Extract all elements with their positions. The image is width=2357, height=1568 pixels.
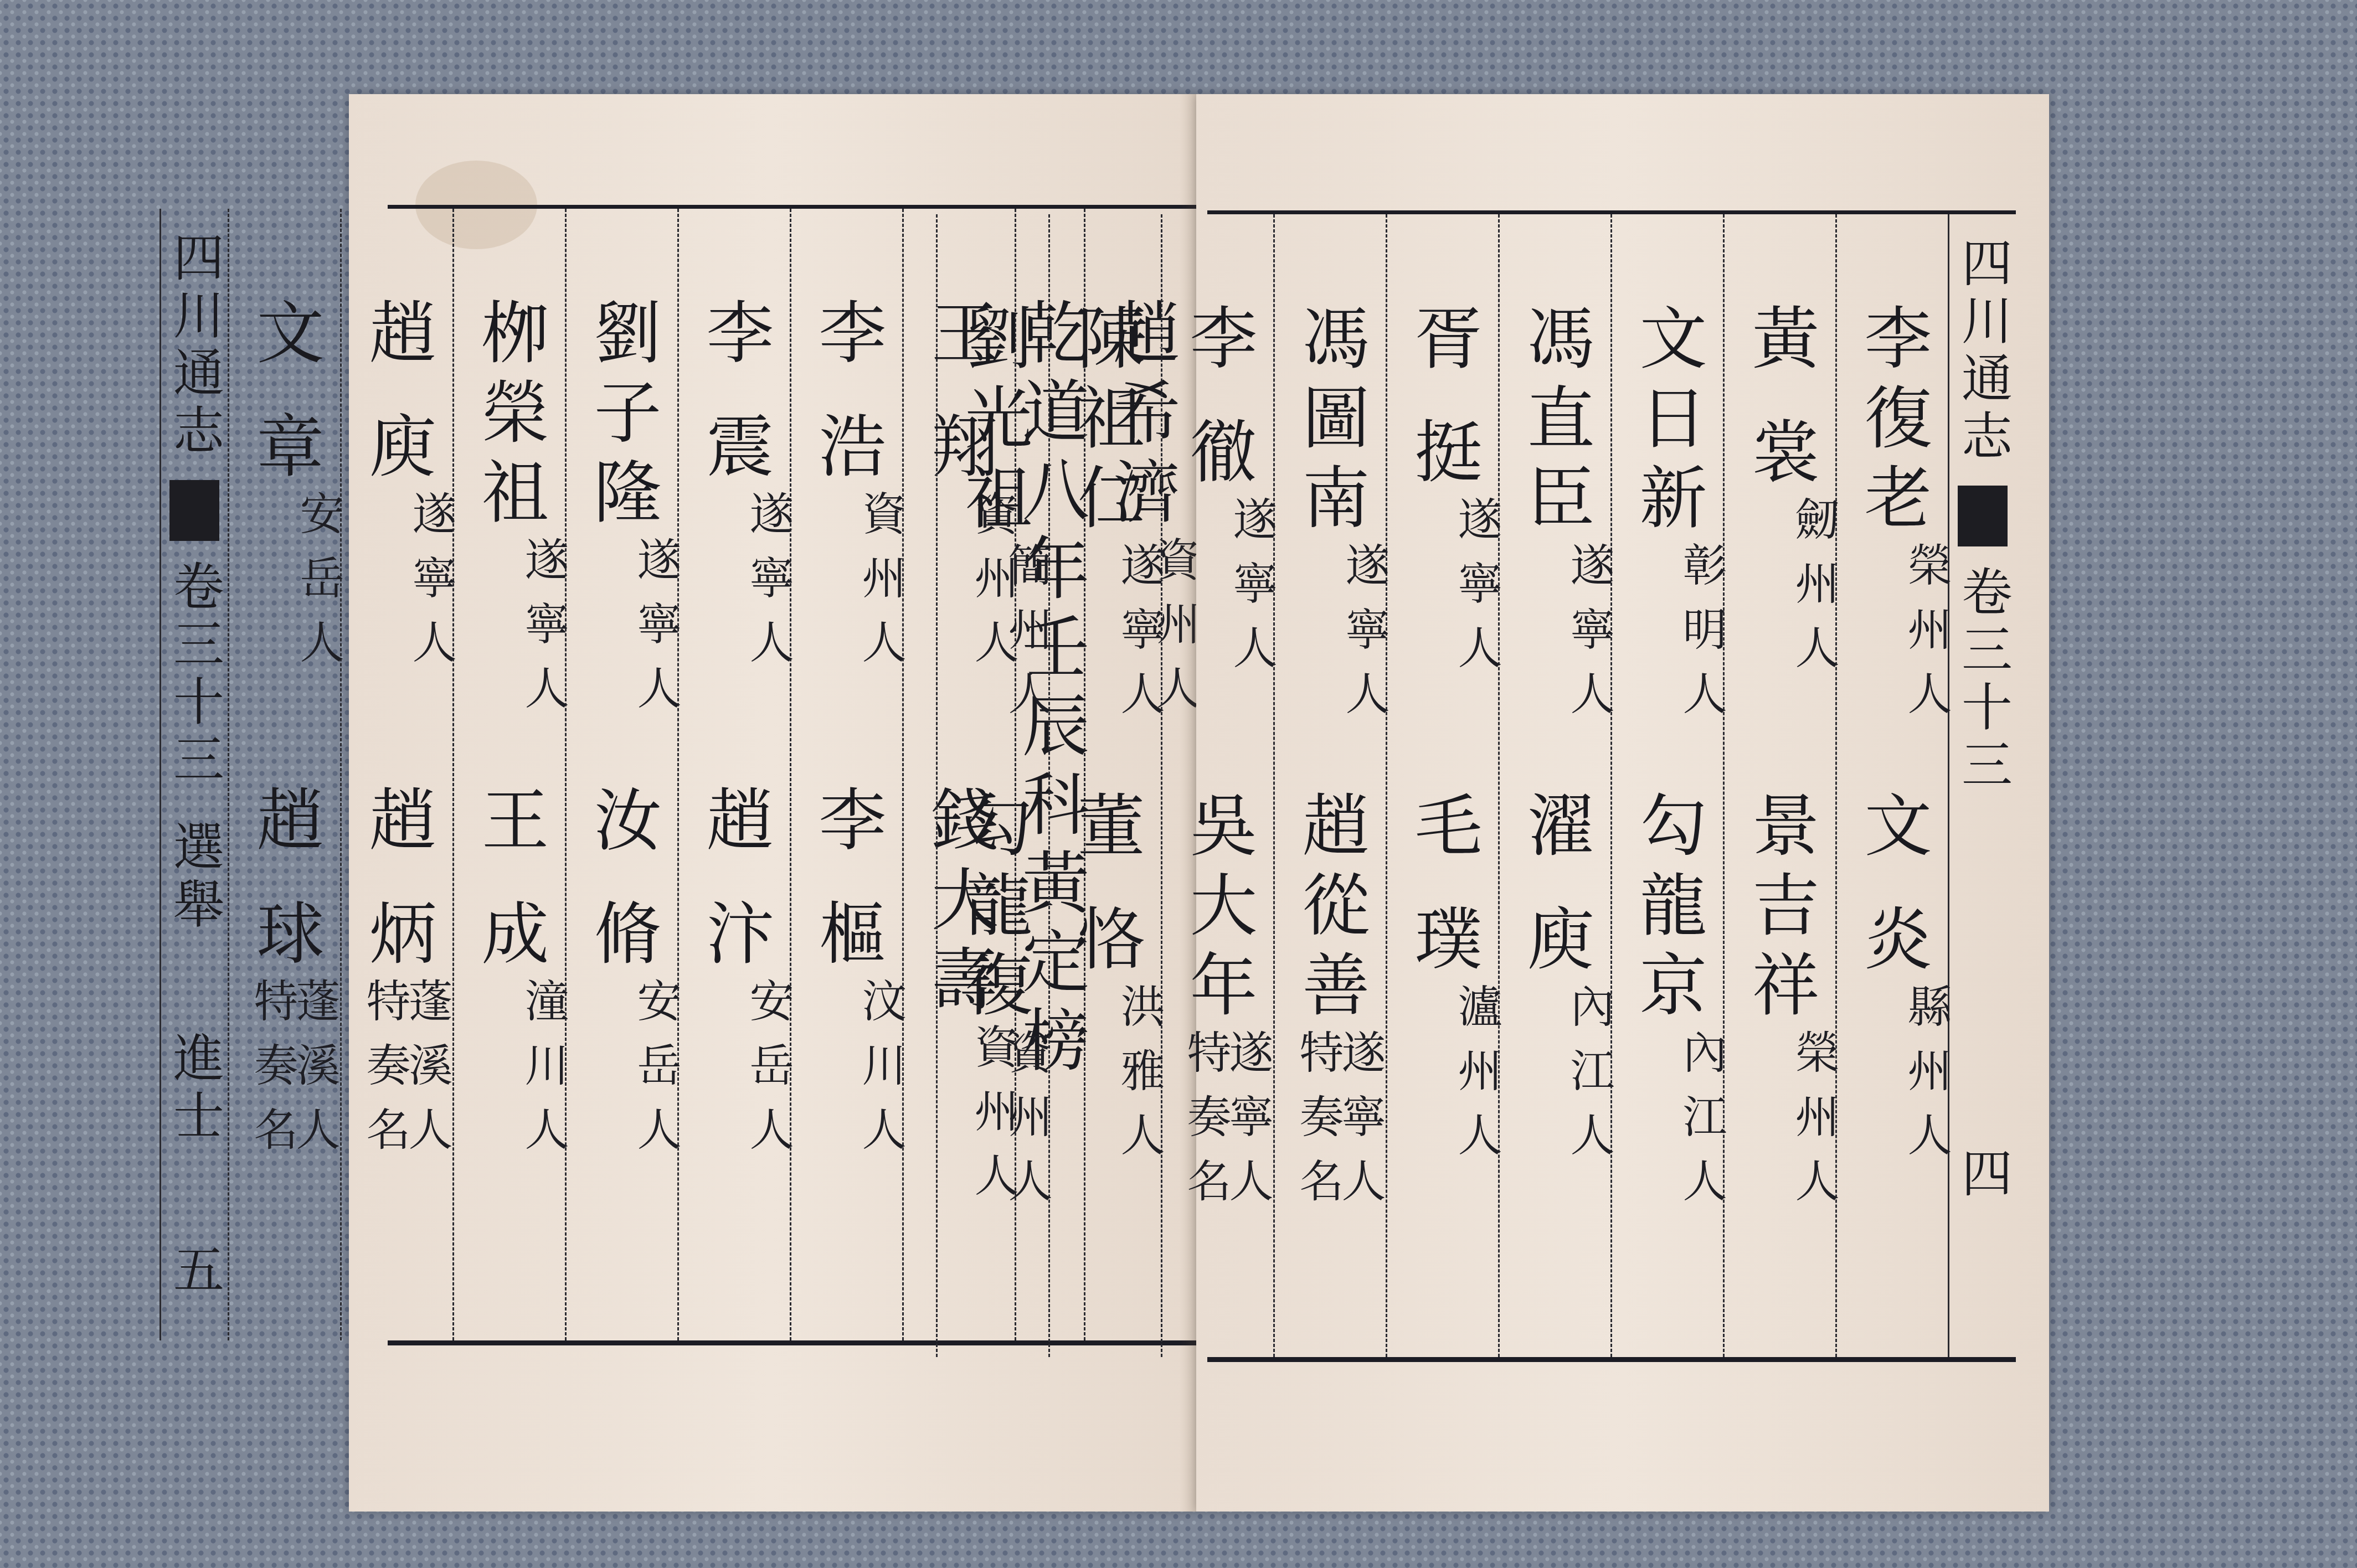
person-origin: 彰明人 bbox=[1679, 542, 1723, 735]
person-origin: 資州人 bbox=[1004, 1029, 1048, 1222]
column: 李 徹 遂寧人 吳大年 遂寧人 特奏名 bbox=[1161, 214, 1273, 1357]
person-name: 濯 庾 bbox=[1521, 790, 1589, 983]
open-book: 趙希濟 資州人 乾道八年壬辰科黃定榜 王 翔 資州人 錢大 bbox=[349, 94, 2049, 1512]
page-number: 五 bbox=[169, 1243, 220, 1301]
person-origin: 遂寧人 bbox=[1341, 542, 1386, 735]
entry: 毛 璞 瀘州人 bbox=[1387, 790, 1498, 1176]
person-origin: 蓬溪人 bbox=[292, 978, 336, 1170]
person-origin: 劒州人 bbox=[1791, 496, 1835, 689]
person-name: 文 炎 bbox=[1859, 790, 1926, 983]
entry: 文 炎 縣州人 bbox=[1837, 790, 1948, 1176]
entry: 趙從善 遂寧人 特奏名 bbox=[1275, 790, 1386, 1222]
column: 文 章 安岳人 趙 球 蓬溪人 特奏名 bbox=[228, 209, 340, 1340]
entry: 濯 庾 內江人 bbox=[1500, 790, 1610, 1176]
section-label: 選舉 bbox=[169, 820, 220, 935]
person-origin: 縣州人 bbox=[1903, 983, 1948, 1176]
person-name: 趙 炳 bbox=[363, 785, 431, 978]
person-origin: 遂寧人 bbox=[1566, 542, 1610, 735]
person-origin: 遂寧人 bbox=[1454, 496, 1498, 689]
person-origin: 遂寧人 bbox=[1229, 496, 1273, 689]
person-name: 文 章 bbox=[251, 297, 318, 491]
person-name: 汝 脩 bbox=[588, 785, 656, 978]
page-margin-column: 四川通志 卷三十三 四 bbox=[1948, 214, 2016, 1357]
person-origin: 安岳人 bbox=[633, 978, 677, 1170]
entry: 王 成 潼川人 bbox=[454, 785, 565, 1170]
column: 文日新 彰明人 勾龍京 內江人 bbox=[1610, 214, 1723, 1357]
book-title: 四川通志 bbox=[169, 231, 220, 461]
person-name: 馮直臣 bbox=[1521, 303, 1589, 542]
person-origin: 潼川人 bbox=[521, 978, 565, 1170]
person-origin: 安岳人 bbox=[296, 491, 340, 683]
person-origin: 榮州人 bbox=[1903, 542, 1948, 735]
column: 趙 庾 遂寧人 趙 炳 蓬溪人 特奏名 bbox=[340, 209, 452, 1340]
person-name: 趙 球 bbox=[251, 785, 318, 978]
right-page-columns: 四川通志 卷三十三 四 李復老 榮州人 文 炎 縣州人 bbox=[1207, 214, 2016, 1357]
person-name: 陳祖仁 bbox=[1072, 303, 1139, 542]
entry: 董 恪 洪雅人 bbox=[1050, 790, 1161, 1176]
person-name: 黃 裳 bbox=[1746, 303, 1814, 496]
column: 黃 裳 劒州人 景吉祥 榮州人 bbox=[1723, 214, 1835, 1357]
person-origin: 榮州人 bbox=[1791, 1029, 1835, 1222]
person-origin: 洪雅人 bbox=[1116, 983, 1161, 1176]
entry: 李 樞 汶川人 bbox=[791, 785, 902, 1170]
person-name: 李 浩 bbox=[813, 297, 881, 491]
person-name: 王 成 bbox=[476, 785, 543, 978]
person-origin: 內江人 bbox=[1566, 983, 1610, 1176]
person-name: 趙 汴 bbox=[701, 785, 768, 978]
page-number: 四 bbox=[1957, 1147, 2008, 1204]
person-name: 趙 庾 bbox=[363, 297, 431, 491]
column: 劉子隆 遂寧人 汝 脩 安岳人 bbox=[565, 209, 677, 1340]
page-margin-column: 四川通志 卷三十三 選舉 進士 五 bbox=[159, 209, 228, 1340]
subsection-label: 進士 bbox=[169, 1031, 220, 1147]
right-page: 四川通志 卷三十三 四 李復老 榮州人 文 炎 縣州人 bbox=[1196, 94, 2049, 1512]
book-title: 四川通志 bbox=[1957, 236, 2008, 467]
special-note: 特奏名 bbox=[1183, 1029, 1227, 1222]
column: 陳祖仁 遂寧人 董 恪 洪雅人 bbox=[1048, 214, 1161, 1357]
entry: 勾龍京 內江人 bbox=[1612, 790, 1723, 1222]
fishtail-mark-icon bbox=[169, 480, 219, 541]
person-name: 文日新 bbox=[1634, 303, 1701, 542]
person-name: 李 樞 bbox=[813, 785, 881, 978]
person-origin: 遂寧人 bbox=[1225, 1029, 1269, 1222]
entry: 勾龍復 資州人 bbox=[938, 790, 1048, 1222]
entry: 趙 汴 安岳人 bbox=[679, 785, 790, 1170]
special-note: 特奏名 bbox=[362, 978, 406, 1170]
person-name: 吳大年 bbox=[1184, 790, 1252, 1029]
person-name: 趙從善 bbox=[1296, 790, 1364, 1029]
column: 李 浩 資州人 李 樞 汶川人 bbox=[790, 209, 902, 1340]
person-name: 劉子隆 bbox=[588, 297, 656, 537]
person-origin: 安岳人 bbox=[745, 978, 790, 1170]
person-name: 劉光祖 bbox=[959, 303, 1027, 542]
person-origin: 簡州人 bbox=[1004, 542, 1048, 735]
person-name: 勾龍京 bbox=[1634, 790, 1701, 1029]
person-origin: 遂寧人 bbox=[408, 491, 452, 683]
entry: 趙 球 蓬溪人 特奏名 bbox=[229, 785, 340, 1170]
person-name: 董 恪 bbox=[1072, 790, 1139, 983]
person-name: 馮圖南 bbox=[1296, 303, 1364, 542]
person-name: 栁榮祖 bbox=[476, 297, 543, 537]
person-origin: 遂寧人 bbox=[633, 537, 677, 729]
person-name: 李 徹 bbox=[1184, 303, 1252, 496]
person-origin: 遂寧人 bbox=[521, 537, 565, 729]
column: 李復老 榮州人 文 炎 縣州人 bbox=[1835, 214, 1948, 1357]
entry: 趙 炳 蓬溪人 特奏名 bbox=[342, 785, 452, 1170]
person-origin: 內江人 bbox=[1679, 1029, 1723, 1222]
person-origin: 蓬溪人 bbox=[404, 978, 449, 1170]
right-page-frame: 四川通志 卷三十三 四 李復老 榮州人 文 炎 縣州人 bbox=[1207, 210, 2016, 1362]
column: 馮直臣 遂寧人 濯 庾 內江人 bbox=[1498, 214, 1610, 1357]
column: 栁榮祖 遂寧人 王 成 潼川人 bbox=[452, 209, 565, 1340]
entry: 吳大年 遂寧人 特奏名 bbox=[1162, 790, 1273, 1222]
person-name: 胥 挺 bbox=[1409, 303, 1476, 496]
entry: 景吉祥 榮州人 bbox=[1725, 790, 1835, 1222]
column: 胥 挺 遂寧人 毛 璞 瀘州人 bbox=[1386, 214, 1498, 1357]
volume-label: 卷三十三 bbox=[169, 560, 220, 790]
person-name: 李復老 bbox=[1859, 303, 1926, 542]
person-origin: 遂寧人 bbox=[1337, 1029, 1382, 1222]
person-origin: 遂寧人 bbox=[745, 491, 790, 683]
entry: 汝 脩 安岳人 bbox=[567, 785, 677, 1170]
person-origin: 汶川人 bbox=[858, 978, 902, 1170]
person-name: 勾龍復 bbox=[959, 790, 1027, 1029]
special-note: 特奏名 bbox=[250, 978, 294, 1170]
person-name: 毛 璞 bbox=[1409, 790, 1476, 983]
person-name: 景吉祥 bbox=[1746, 790, 1814, 1029]
person-origin: 遂寧人 bbox=[1116, 542, 1161, 735]
fishtail-mark-icon bbox=[1958, 486, 2008, 546]
special-note: 特奏名 bbox=[1295, 1029, 1340, 1222]
column: 李 震 遂寧人 趙 汴 安岳人 bbox=[677, 209, 790, 1340]
person-name: 李 震 bbox=[701, 297, 768, 491]
column: 劉光祖 簡州人 勾龍復 資州人 bbox=[936, 214, 1048, 1357]
column: 馮圖南 遂寧人 趙從善 遂寧人 特奏名 bbox=[1273, 214, 1386, 1357]
person-origin: 資州人 bbox=[858, 491, 902, 683]
person-origin: 瀘州人 bbox=[1454, 983, 1498, 1176]
volume-label: 卷三十三 bbox=[1957, 565, 2008, 796]
